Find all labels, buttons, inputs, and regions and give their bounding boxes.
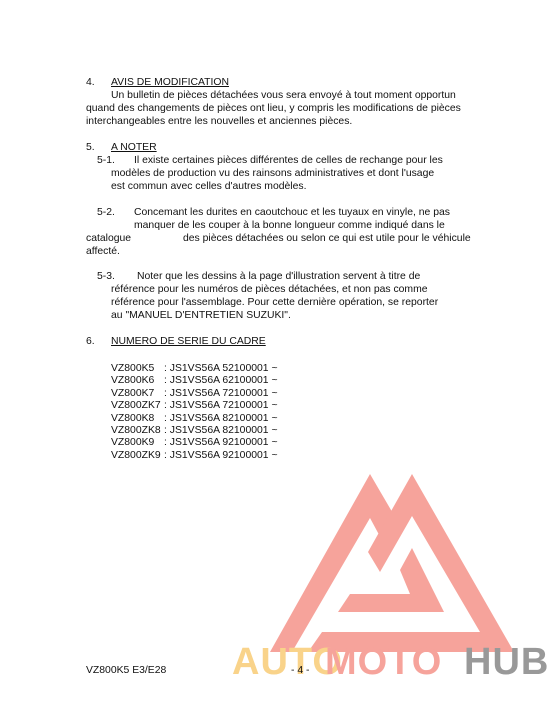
serial-row-serial: : JS1VS56A 82100001 ~ [164,424,278,437]
item-5-2-line-3b: des pièces détachées ou selon ce qui est… [183,232,471,245]
serial-row-serial: : JS1VS56A 62100001 ~ [164,374,278,387]
serial-row-model: VZ800K7 [111,387,154,400]
item-5-2-line-4: affecté. [86,245,120,258]
item-5-1-line-2: modèles de production vu des rainsons ad… [111,167,434,180]
serial-row-serial: : JS1VS56A 72100001 ~ [164,387,278,400]
item-5-2-id: 5-2. [97,206,115,219]
serial-row-model: VZ800K9 [111,436,154,449]
serial-row-model: VZ800ZK8 [111,424,161,437]
serial-row-model: VZ800ZK7 [111,399,161,412]
section-4-line-2: quand des changements de pièces ont lieu… [86,102,461,115]
section-4-line-3: interchangeables entre les nouvelles et … [86,115,352,128]
serial-row-serial: : JS1VS56A 92100001 ~ [164,436,278,449]
section-6-title: NUMERO DE SERIE DU CADRE [111,335,266,348]
item-5-1-line-3: est commun avec celles d'autres modèles. [111,180,306,193]
serial-row-serial: : JS1VS56A 72100001 ~ [164,399,278,412]
item-5-3-line-3: référence pour l'assemblage. Pour cette … [111,296,438,309]
item-5-2-line-2: manquer de les couper à la bonne longueu… [134,219,445,232]
section-4-title: AVIS DE MODIFICATION [111,76,229,89]
section-4-number: 4. [86,76,95,89]
footer-model-code: VZ800K5 E3/E28 [86,664,166,677]
serial-row-serial: : JS1VS56A 82100001 ~ [164,412,278,425]
serial-row-model: VZ800ZK9 [111,449,161,462]
item-5-3-line-4: au "MANUEL D'ENTRETIEN SUZUKI". [111,309,291,322]
watermark-brand-moto: MOTO [325,642,442,682]
footer-page-number: - 4 - [291,664,309,677]
section-4-line-1: Un bulletin de pièces détachées vous ser… [111,89,456,102]
section-6-number: 6. [86,335,95,348]
item-5-3-id: 5-3. [97,270,115,283]
section-5-title: A NOTER [111,141,157,154]
serial-row-model: VZ800K6 [111,374,154,387]
item-5-3-line-2: référence pour les numéros de pièces dét… [111,283,428,296]
item-5-1-id: 5-1. [97,154,115,167]
serial-row-serial: : JS1VS56A 52100001 ~ [164,362,278,375]
serial-row-serial: : JS1VS56A 92100001 ~ [164,449,278,462]
section-5-number: 5. [86,141,95,154]
serial-row-model: VZ800K5 [111,362,154,375]
item-5-2-line-3a: catalogue [86,232,131,245]
item-5-2-line-1: Concemant les durites en caoutchouc et l… [134,206,450,219]
serial-row-model: VZ800K8 [111,412,154,425]
item-5-1-line-1: Il existe certaines pièces différentes d… [134,154,443,167]
item-5-3-line-1: Noter que les dessins à la page d'illust… [137,270,420,283]
watermark-brand-hub: HUB [464,642,549,682]
